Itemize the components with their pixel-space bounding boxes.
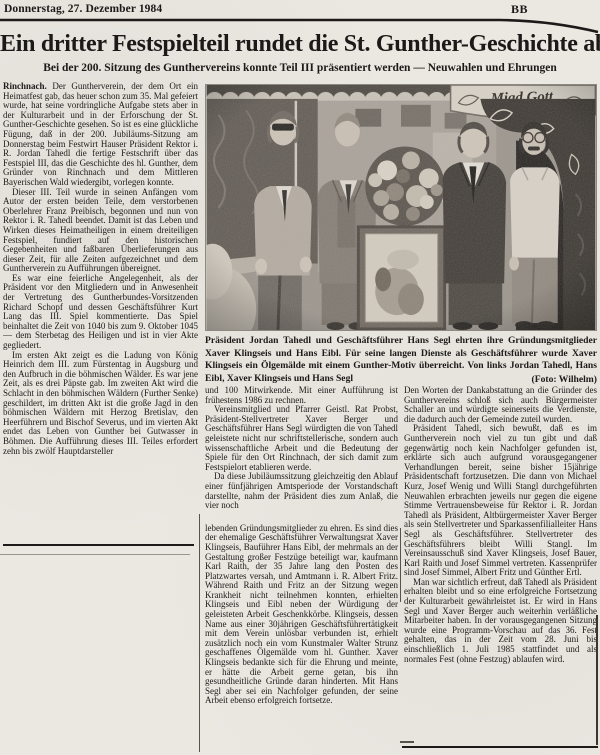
article-headline: Ein dritter Festspielteil rundet die St.… [0, 31, 600, 58]
masthead-section: BB [511, 2, 528, 17]
article-column-1: Rinchnach. Der Guntherverein, der dem Or… [3, 82, 198, 531]
column-end-rule-faint [0, 554, 190, 555]
paragraph: Vereinsmitglied und Pfarrer Geistl. Rat … [205, 405, 398, 472]
paragraph: Rinchnach. Der Guntherverein, der dem Or… [3, 82, 198, 188]
article-column-3: Den Worten der Dankabstattung an die Grü… [404, 386, 597, 755]
bottom-tick [400, 741, 414, 743]
scan-edge-artifact [596, 615, 598, 745]
bottom-rule [402, 746, 598, 748]
paragraph: Es war eine feierliche Angelegenheit, al… [3, 274, 198, 351]
paragraph: Da diese Jubiläumssitzung gleichzeitig d… [205, 472, 398, 510]
paragraph: Im ersten Akt zeigt es die Ladung von Kö… [3, 351, 198, 457]
article-subheadline: Bei der 200. Sitzung des Gunthervereins … [0, 62, 600, 74]
column-rule-2 [400, 528, 401, 602]
paragraph: Präsident Tahedl, sich bewußt, daß es im… [404, 424, 597, 578]
paragraph: Dieser III. Teil wurde in seinen Anfänge… [3, 188, 198, 274]
clipping-seam [205, 511, 398, 524]
photo-caption: Präsident Jordan Tahedl und Geschäftsfüh… [205, 335, 597, 387]
photo-vignette [207, 85, 596, 330]
article-photo: Miad Gott [205, 84, 597, 331]
paragraph: Man war sichtlich erfreut, daß Tahedl al… [404, 578, 597, 664]
column-rule-1 [199, 514, 200, 752]
newspaper-page: Donnerstag, 27. Dezember 1984 BB Ein dri… [0, 0, 600, 755]
masthead-date: Donnerstag, 27. Dezember 1984 [4, 3, 162, 15]
paragraph: und 100 Mitwirkende. Mit einer Aufführun… [205, 386, 398, 405]
article-column-2: und 100 Mitwirkende. Mit einer Aufführun… [205, 386, 398, 755]
paragraph: Den Worten der Dankabstattung an die Grü… [404, 386, 597, 424]
column-end-rule [3, 544, 194, 546]
paragraph: lebenden Gründungsmitglieder zu ehren. E… [205, 524, 398, 706]
